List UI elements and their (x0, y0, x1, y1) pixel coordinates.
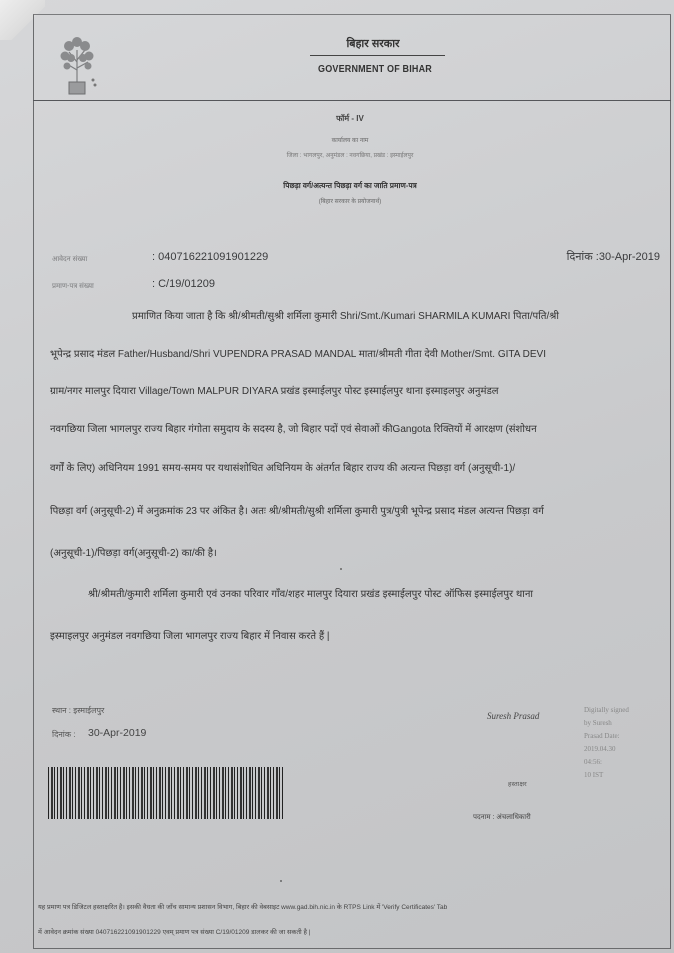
form-number: फॉर्म - IV (200, 113, 500, 124)
officer-designation: पदनाम : अंचलाधिकारी (473, 813, 531, 822)
barcode-icon (48, 767, 283, 819)
body-line-1: प्रमाणित किया जाता है कि श्री/श्रीमती/सु… (50, 308, 658, 322)
digital-signature-line: 04:56: (584, 756, 654, 769)
signature-label: हस्ताक्षर (508, 779, 527, 788)
certificate-subtitle: (बिहार सरकार के प्रयोजनार्थ) (200, 197, 500, 205)
certificate-number-label: प्रमाण-पत्र संख्या (52, 282, 94, 291)
digital-signature-block: Digitally signed by Suresh Prasad Date: … (584, 704, 654, 782)
body-line-8: श्री/श्रीमती/कुमारी शर्मिला कुमारी एवं उ… (50, 586, 658, 600)
digital-signature-line: 2019.04.30 (584, 743, 654, 756)
office-location: जिला : भागलपुर, अनुमंडल : नवगछिया, प्रखं… (200, 151, 500, 159)
issue-place: स्थान : इस्माईलपुर (52, 705, 104, 716)
header-divider (33, 100, 671, 101)
issue-date-value: 30-Apr-2019 (88, 727, 146, 739)
title-rule (310, 55, 445, 56)
issue-date-label: दिनांक : (52, 729, 75, 740)
bodhi-tree-emblem-icon (55, 30, 100, 98)
body-line-6: पिछड़ा वर्ग (अनुसूची-2) में अनुक्रमांक 2… (50, 503, 658, 517)
government-title-hindi: बिहार सरकार (318, 36, 428, 51)
officer-signature: Suresh Prasad (487, 711, 539, 721)
body-line-7: (अनुसूची-1)/पिछड़ा वर्ग(अनुसूची-2) का/की… (50, 545, 658, 559)
verification-note-line-1: यह प्रमाण पत्र डिजिटल हस्ताक्षरित है। इस… (38, 902, 668, 911)
digital-signature-line: Prasad Date: (584, 730, 654, 743)
certificate-title: पिछड़ा वर्ग/अत्यन्त पिछड़ा वर्ग का जाति … (200, 181, 500, 191)
certificate-number: : C/19/01209 (152, 278, 215, 290)
body-line-3: ग्राम/नगर मालपुर दियारा Village/Town MAL… (50, 383, 658, 397)
government-title-english: GOVERNMENT OF BIHAR (308, 64, 443, 75)
body-line-4: नवगछिया जिला भागलपुर राज्य बिहार गंगोता … (50, 421, 658, 435)
body-line-2: भूपेन्द्र प्रसाद मंडल Father/Husband/Shr… (50, 346, 658, 360)
speck (340, 568, 342, 570)
digital-signature-line: Digitally signed (584, 704, 654, 717)
certificate-page: बिहार सरकार GOVERNMENT OF BIHAR फॉर्म - … (0, 0, 674, 953)
body-line-9: इस्माइलपुर अनुमंडल नवगछिया जिला भागलपुर … (50, 628, 658, 642)
digital-signature-line: 10 IST (584, 769, 654, 782)
issue-date: दिनांक :30-Apr-2019 (567, 249, 660, 264)
verification-note-line-2: में आवेदन क्रमांक संख्या 040716221091901… (38, 927, 668, 936)
application-number-label: आवेदन संख्या (52, 255, 87, 264)
speck (280, 880, 282, 882)
digital-signature-line: by Suresh (584, 717, 654, 730)
body-line-5: वर्गों के लिए) अधिनियम 1991 समय-समय पर य… (50, 460, 658, 474)
office-name: कार्यालय का नाम (200, 136, 500, 144)
application-number: : 040716221091901229 (152, 251, 268, 263)
